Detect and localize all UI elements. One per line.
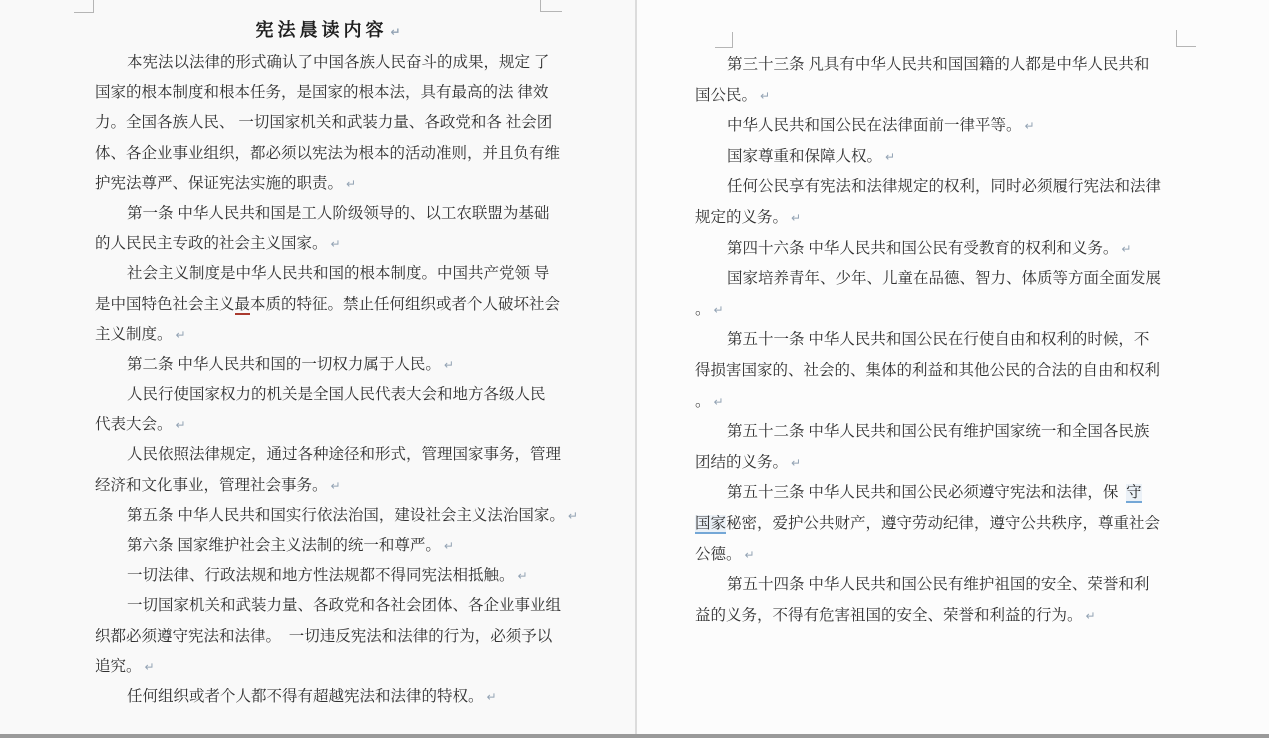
text-line[interactable]: 第五条 中华人民共和国实行依法治国，建设社会主义法治国家。↵ [95, 501, 561, 531]
text-line[interactable]: 任何组织或者个人都不得有超越宪法和法律的特权。↵ [95, 682, 561, 712]
text-run: 国家培养青年、少年、儿童在品德、智力、体质等方面全面发展 [727, 270, 1161, 287]
text-line[interactable]: 第四十六条 中华人民共和国公民有受教育的权利和义务。↵ [695, 234, 1179, 265]
text-run: 力。全国各族人民、 一切国家机关和武装力量、各政党和各 社会团 [95, 114, 552, 131]
text-run: 规定的义务。 [695, 209, 788, 226]
text-line[interactable]: 得损害国家的、社会的、集体的利益和其他公民的合法的自由和权利 [695, 356, 1179, 387]
paragraph-mark-icon: ↵ [444, 539, 454, 553]
text-run: 。 [695, 301, 711, 318]
paragraph-mark-icon: ↵ [1025, 119, 1035, 133]
text-run: 的人民民主专政的社会主义国家。 [95, 235, 328, 252]
text-line[interactable]: 人民行使国家权力的机关是全国人民代表大会和地方各级人民 [95, 380, 561, 410]
text-run: 。 [695, 393, 711, 410]
text-line[interactable]: 主义制度。↵ [95, 320, 561, 350]
text-line[interactable]: 国家培养青年、少年、儿童在品德、智力、体质等方面全面发展 [695, 264, 1179, 295]
text-run: 公德。 [695, 546, 742, 563]
text-line[interactable]: 力。全国各族人民、 一切国家机关和武装力量、各政党和各 社会团 [95, 108, 561, 138]
margin-crop-mark-top-left [715, 32, 733, 48]
text-line[interactable]: 第一条 中华人民共和国是工人阶级领导的、以工农联盟为基础 [95, 199, 561, 229]
text-line[interactable]: 一切国家机关和武装力量、各政党和各社会团体、各企业事业组 [95, 591, 561, 621]
text-line[interactable]: 一切法律、行政法规和地方性法规都不得同宪法相抵触。↵ [95, 561, 561, 591]
paragraph-mark-icon: ↵ [714, 395, 724, 409]
document-page-left[interactable]: 宪法晨读内容↵ 本宪法以法律的形式确认了中国各族人民奋斗的成果，规定 了国家的根… [0, 0, 635, 735]
text-line[interactable]: 任何公民享有宪法和法律规定的权利，同时必须履行宪法和法律 [695, 172, 1179, 203]
text-run: 一切国家机关和武装力量、各政党和各社会团体、各企业事业组 [127, 597, 561, 614]
text-run: 第五十四条 中华人民共和国公民有维护祖国的安全、荣誉和利 [727, 576, 1149, 593]
document-viewport: 宪法晨读内容↵ 本宪法以法律的形式确认了中国各族人民奋斗的成果，规定 了国家的根… [0, 0, 1269, 738]
text-line[interactable]: 护宪法尊严、保证宪法实施的职责。↵ [95, 169, 561, 199]
document-bottom-edge [0, 734, 1269, 738]
text-run: 本质的特征。禁止任何组织或者个人破坏社会 [250, 296, 560, 313]
text-line[interactable]: 代表大会。↵ [95, 410, 561, 440]
text-run: 国家尊重和保障人权。 [727, 148, 882, 165]
paragraph-mark-icon: ↵ [791, 211, 801, 225]
page-right-lines: 第三十三条 凡具有中华人民共和国国籍的人都是中华人民共和国公民。↵中华人民共和国… [695, 50, 1179, 631]
text-run: 经济和文化事业，管理社会事务。 [95, 477, 328, 494]
text-line[interactable]: 第五十三条 中华人民共和国公民必须遵守宪法和法律，保 守 [695, 478, 1179, 509]
text-area-right: 第三十三条 凡具有中华人民共和国国籍的人都是中华人民共和国公民。↵中华人民共和国… [695, 50, 1179, 631]
text-line[interactable]: 。↵ [695, 387, 1179, 418]
text-run: 第一条 中华人民共和国是工人阶级领导的、以工农联盟为基础 [127, 205, 549, 222]
margin-crop-mark-top-left [74, 0, 94, 13]
grammar-underline-mark: 国家 [695, 515, 726, 534]
paragraph-mark-icon: ↵ [714, 303, 724, 317]
paragraph-mark-icon: ↵ [568, 509, 578, 523]
paragraph-mark-icon: ↵ [346, 177, 356, 191]
text-line[interactable]: 本宪法以法律的形式确认了中国各族人民奋斗的成果，规定 了 [95, 48, 561, 78]
page-left-lines: 本宪法以法律的形式确认了中国各族人民奋斗的成果，规定 了国家的根本制度和根本任务… [95, 48, 561, 712]
text-run: 一切法律、行政法规和地方性法规都不得同宪法相抵触。 [127, 567, 515, 584]
text-run: 社会主义制度是中华人民共和国的根本制度。中国共产党领 导 [127, 265, 549, 282]
text-line[interactable]: 第三十三条 凡具有中华人民共和国国籍的人都是中华人民共和 [695, 50, 1179, 81]
paragraph-mark-icon: ↵ [176, 418, 186, 432]
text-run: 第三十三条 凡具有中华人民共和国国籍的人都是中华人民共和 [727, 56, 1149, 73]
text-run: 人民依照法律规定，通过各种途径和形式，管理国家事务，管理 [127, 446, 561, 463]
paragraph-mark-icon: ↵ [390, 25, 400, 39]
spellcheck-underline-mark: 最 [235, 296, 251, 315]
text-run: 国公民。 [695, 87, 757, 104]
document-title-text: 宪法晨读内容 [255, 20, 387, 40]
text-run: 任何组织或者个人都不得有超越宪法和法律的特权。 [127, 688, 484, 705]
text-run: 益的义务，不得有危害祖国的安全、荣誉和利益的行为。 [695, 607, 1083, 624]
paragraph-mark-icon: ↵ [331, 479, 341, 493]
text-line[interactable]: 中华人民共和国公民在法律面前一律平等。↵ [695, 111, 1179, 142]
text-line[interactable]: 规定的义务。↵ [695, 203, 1179, 234]
text-run: 代表大会。 [95, 416, 173, 433]
text-line[interactable]: 国家尊重和保障人权。↵ [695, 142, 1179, 173]
paragraph-mark-icon: ↵ [1121, 242, 1131, 256]
text-run: 第六条 国家维护社会主义法制的统一和尊严。 [127, 537, 441, 554]
text-run: 是中国特色社会主义 [95, 296, 235, 313]
text-line[interactable]: 织都必须遵守宪法和法律。 一切违反宪法和法律的行为，必须予以 [95, 622, 561, 652]
text-line[interactable]: 国公民。↵ [695, 81, 1179, 112]
text-line[interactable]: 。↵ [695, 295, 1179, 326]
paragraph-mark-icon: ↵ [885, 150, 895, 164]
text-run: 第五条 中华人民共和国实行依法治国，建设社会主义法治国家。 [127, 507, 565, 524]
margin-crop-mark-top-right [1176, 30, 1196, 47]
text-run: 中华人民共和国公民在法律面前一律平等。 [727, 117, 1022, 134]
text-run: 护宪法尊严、保证宪法实施的职责。 [95, 175, 343, 192]
paragraph-mark-icon: ↵ [331, 237, 341, 251]
text-line[interactable]: 的人民民主专政的社会主义国家。↵ [95, 229, 561, 259]
text-line[interactable]: 人民依照法律规定，通过各种途径和形式，管理国家事务，管理 [95, 440, 561, 470]
paragraph-mark-icon: ↵ [444, 358, 454, 372]
text-line[interactable]: 追究。↵ [95, 652, 561, 682]
text-line[interactable]: 体、各企业事业组织，都必须以宪法为根本的活动准则，并且负有维 [95, 139, 561, 169]
paragraph-mark-icon: ↵ [745, 548, 755, 562]
text-line[interactable]: 第五十二条 中华人民共和国公民有维护国家统一和全国各民族 [695, 417, 1179, 448]
text-line[interactable]: 社会主义制度是中华人民共和国的根本制度。中国共产党领 导 [95, 259, 561, 289]
text-line[interactable]: 益的义务，不得有危害祖国的安全、荣誉和利益的行为。↵ [695, 601, 1179, 632]
document-title[interactable]: 宪法晨读内容↵ [95, 12, 561, 48]
paragraph-mark-icon: ↵ [791, 456, 801, 470]
text-run: 得损害国家的、社会的、集体的利益和其他公民的合法的自由和权利 [695, 362, 1160, 379]
paragraph-mark-icon: ↵ [176, 328, 186, 342]
document-page-right[interactable]: 第三十三条 凡具有中华人民共和国国籍的人都是中华人民共和国公民。↵中华人民共和国… [637, 0, 1269, 735]
text-run: 秘密，爱护公共财产，遵守劳动纪律，遵守公共秩序，尊重社会 [726, 515, 1160, 532]
text-line[interactable]: 第五十四条 中华人民共和国公民有维护祖国的安全、荣誉和利 [695, 570, 1179, 601]
text-line[interactable]: 第六条 国家维护社会主义法制的统一和尊严。↵ [95, 531, 561, 561]
text-run: 第五十一条 中华人民共和国公民在行使自由和权利的时候，不 [727, 331, 1149, 348]
text-run: 织都必须遵守宪法和法律。 一切违反宪法和法律的行为，必须予以 [95, 628, 552, 645]
text-line[interactable]: 第五十一条 中华人民共和国公民在行使自由和权利的时候，不 [695, 325, 1179, 356]
text-area-left: 宪法晨读内容↵ 本宪法以法律的形式确认了中国各族人民奋斗的成果，规定 了国家的根… [95, 12, 561, 712]
text-run: 团结的义务。 [695, 454, 788, 471]
paragraph-mark-icon: ↵ [145, 660, 155, 674]
text-run: 人民行使国家权力的机关是全国人民代表大会和地方各级人民 [127, 386, 546, 403]
text-run: 第四十六条 中华人民共和国公民有受教育的权利和义务。 [727, 240, 1118, 257]
text-line[interactable]: 经济和文化事业，管理社会事务。↵ [95, 471, 561, 501]
margin-crop-mark-top-right [540, 0, 562, 12]
paragraph-mark-icon: ↵ [1086, 609, 1096, 623]
paragraph-mark-icon: ↵ [487, 690, 497, 704]
text-line[interactable]: 国家秘密，爱护公共财产，遵守劳动纪律，遵守公共秩序，尊重社会 [695, 509, 1179, 540]
text-line[interactable]: 国家的根本制度和根本任务，是国家的根本法，具有最高的法 律效 [95, 78, 561, 108]
text-run: 任何公民享有宪法和法律规定的权利，同时必须履行宪法和法律 [727, 178, 1161, 195]
text-line[interactable]: 公德。↵ [695, 540, 1179, 571]
text-run: 主义制度。 [95, 326, 173, 343]
paragraph-mark-icon: ↵ [760, 89, 770, 103]
text-line[interactable]: 团结的义务。↵ [695, 448, 1179, 479]
text-run: 体、各企业事业组织，都必须以宪法为根本的活动准则，并且负有维 [95, 145, 560, 162]
text-run: 第二条 中华人民共和国的一切权力属于人民。 [127, 356, 441, 373]
text-run: 国家的根本制度和根本任务，是国家的根本法，具有最高的法 律效 [95, 84, 548, 101]
text-line[interactable]: 第二条 中华人民共和国的一切权力属于人民。↵ [95, 350, 561, 380]
paragraph-mark-icon: ↵ [518, 569, 528, 583]
grammar-underline-mark: 守 [1126, 484, 1142, 503]
text-run: 第五十二条 中华人民共和国公民有维护国家统一和全国各民族 [727, 423, 1149, 440]
text-line[interactable]: 是中国特色社会主义最本质的特征。禁止任何组织或者个人破坏社会 [95, 290, 561, 320]
text-run: 第五十三条 中华人民共和国公民必须遵守宪法和法律，保 [727, 484, 1126, 501]
text-run: 追究。 [95, 658, 142, 675]
text-run: 本宪法以法律的形式确认了中国各族人民奋斗的成果，规定 了 [127, 54, 549, 71]
